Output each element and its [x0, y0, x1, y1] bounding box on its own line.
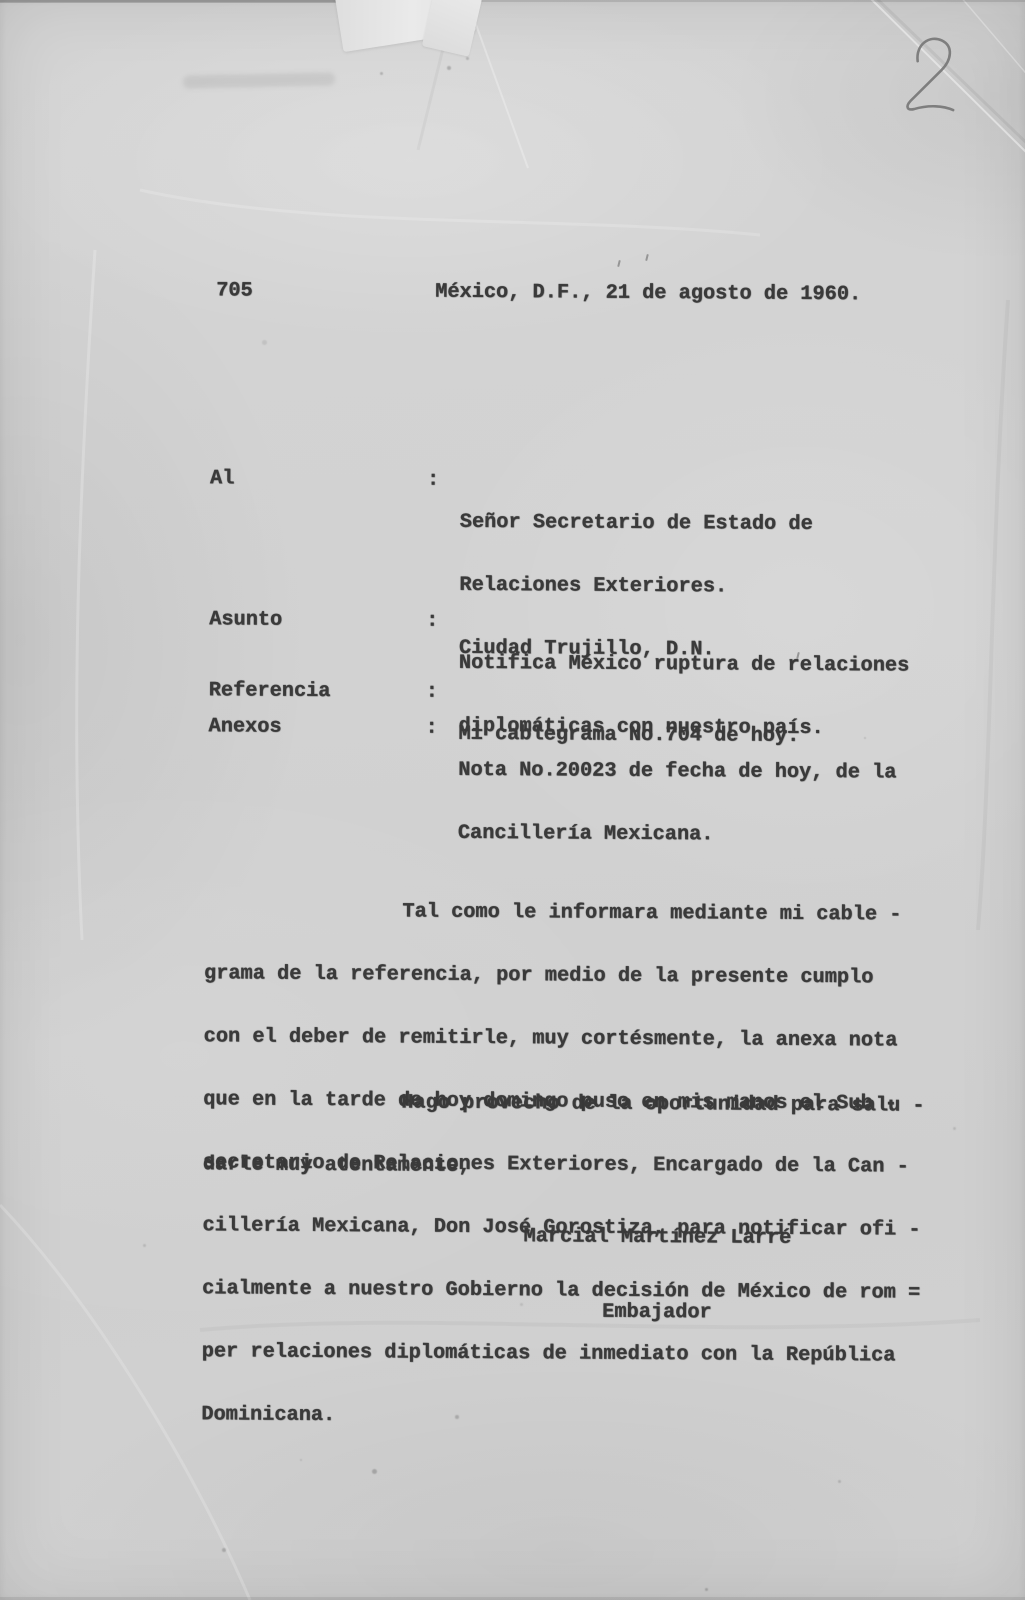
- field-label-al: Al: [210, 468, 234, 489]
- field-colon: :: [426, 611, 438, 632]
- body-line: Dominicana.: [201, 1404, 941, 1430]
- field-value-line: Nota No.20023 de fecha de hoy, de la: [458, 760, 896, 784]
- signature-block: Marcial Martínez Larré Embajador: [521, 1174, 794, 1376]
- signature-name: Marcial Martínez Larré: [521, 1224, 793, 1251]
- field-colon: :: [427, 470, 439, 491]
- body-line: Hago provecho de la oportunidad para sal…: [203, 1091, 943, 1117]
- typewritten-text-layer: 705 México, D.F., 21 de agosto de 1960. …: [0, 0, 1025, 1600]
- field-colon: :: [425, 718, 437, 739]
- file-number: 705: [216, 280, 253, 301]
- signature-title: Embajador: [521, 1299, 793, 1326]
- field-label-referencia: Referencia: [209, 680, 331, 702]
- body-line: Tal como le informara mediante mi cable …: [204, 900, 944, 926]
- dateline: México, D.F., 21 de agosto de 1960.: [435, 282, 861, 306]
- field-label-anexos: Anexos: [209, 716, 282, 737]
- body-line: grama de la referencia, por medio de la …: [204, 963, 944, 989]
- field-value-line: Notifica México ruptura de relaciones: [459, 653, 909, 677]
- field-label-asunto: Asunto: [209, 609, 282, 630]
- field-value-line: Señor Secretario de Estado de: [460, 512, 813, 535]
- scanned-letter-page: 2 705 México, D.F., 21 de agosto de 1960…: [0, 0, 1025, 1600]
- field-colon: :: [426, 682, 438, 703]
- field-value-line: Cancillería Mexicana.: [458, 823, 896, 847]
- body-line: con el deber de remitirle, muy cortésmen…: [204, 1026, 944, 1052]
- field-value-line: Relaciones Exteriores.: [459, 575, 812, 598]
